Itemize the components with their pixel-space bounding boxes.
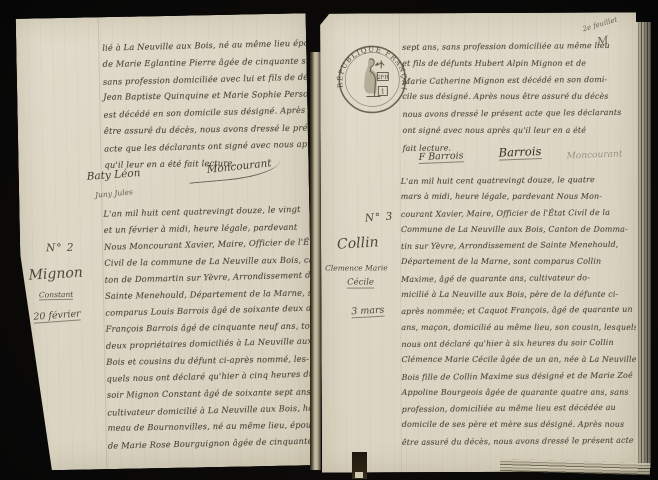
text-line: ont signé avec nous après qu'il leur en … [403,123,631,140]
act-given-names: Clemence Marie [325,263,388,272]
text-line: profession, domiciliée au même lieu est … [402,400,632,419]
text-line: Maxime, âgé de quarante ans, cultivateur… [401,270,631,289]
text-line: Commune de La Neuville aux Bois, Canton … [401,222,631,238]
page-stack-edge-right [636,22,651,468]
left-margin-annotation: N° 2 Mignon Constant 20 février [16,13,306,19]
left-signature-block: Baty Léon Juny Jules Moncourant [16,13,306,19]
act-number: N° 3 [364,210,393,224]
text-line: cile sus désigné. Après nous être assuré… [402,89,630,106]
text-line: micilié à La Neuville aux Bois, père de … [401,287,631,303]
text-line: Clémence Marie Cécile âgée de un an, née… [402,352,632,368]
right-act-text: L'an mil huit cent quatrevingt douze, le… [401,172,632,450]
text-line: nous avons dressé le présent acte que le… [402,105,630,124]
signature-juny: Juny Jules [95,187,133,199]
stamp-value-bottom: 1 [381,87,385,95]
text-line: domicile de ses père et mère sus désigné… [402,417,632,433]
signature-f-barrois: F Barrois [418,150,463,164]
text-line: être assuré du décès, nous avons dressé … [402,432,632,451]
text-line: tin sur Yèvre, Arrondissement de Sainte … [401,237,631,256]
act-surname: Mignon [28,265,83,284]
act-number: N° 2 [46,242,75,255]
republique-francaise-stamp-icon: RÉPUBLIQUE FRANÇAISE 2FR 1 [336,43,408,115]
text-line: Appoline Bourgeois âgée de quarante quat… [402,385,632,401]
text-line: sept ans, sans profession domiciliée au … [402,38,630,57]
text-line: nous ont déclaré qu'hier à six heures du… [401,335,631,354]
folio-note: 2e feuillet [582,16,619,34]
text-line: Département de la Marne, sont comparus C… [401,254,631,270]
left-act-text: L'an mil huit cent quatrevingt douze, le… [103,201,314,453]
text-line: courant Xavier, Maire, Officier de l'Éta… [401,204,631,223]
text-line: après nommée; et Caquot François, âgé de… [401,302,631,321]
act-given-names-2: Cécile [347,277,374,288]
signature-moncourant: Moncourant [566,149,622,161]
left-previous-act-text: lié à La Neuville aux Bois, né au même l… [102,35,309,173]
stamp-value-top: 2FR [377,75,389,81]
right-page: 2e feuillet M RÉPUBLIQUE FRANÇAISE 2FR 1 [320,12,638,472]
register-scan: N° 2 Mignon Constant 20 février lié à La… [0,0,658,480]
right-margin-annotation: N° 3 Collin Clemence Marie Cécile 3 mars [320,12,636,13]
text-line: et fils de défunts Hubert Alpin Mignon e… [402,56,630,73]
act-surname: Collin [337,234,379,252]
text-line: L'an mil huit cent quatrevingt douze, le… [401,172,631,191]
signature-baty: Baty Léon [86,167,140,183]
text-line: Bois fille de Collin Maxime sus désigné … [402,367,632,386]
text-line: Marie Catherine Mignon est décédé en son… [402,71,630,90]
right-previous-act-text: sept ans, sans profession domiciliée au … [402,38,631,157]
text-line: mars à midi, heure légale, pardevant Nou… [401,189,631,205]
signature-barrois: Barrois [498,144,541,161]
act-date: 20 février [33,308,81,323]
binding-spine [310,52,321,470]
left-page: N° 2 Mignon Constant 20 février lié à La… [16,13,315,470]
act-date: 3 mars [351,305,385,319]
right-signature-block: F Barrois Barrois Moncourant [320,12,636,13]
act-given-name: Constant [39,290,73,301]
binding-tail [352,452,367,479]
text-line: ans, maçon, domicilié au même lieu, son … [401,319,631,335]
